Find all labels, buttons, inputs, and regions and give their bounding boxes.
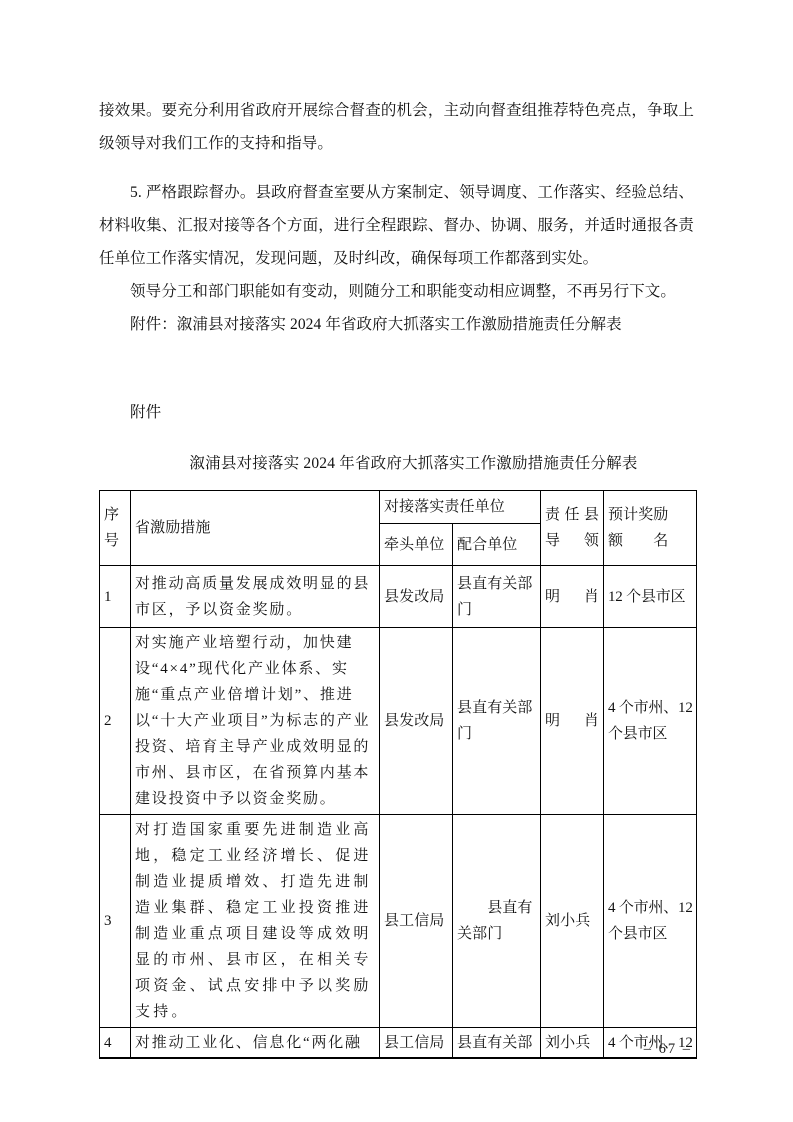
cell-measure: 对推动高质量发展成效明显的县市区，予以资金奖励。: [131, 566, 380, 628]
cell-support-unit: 县直有关部 门: [453, 628, 541, 815]
cell-measure: 对实施产业培塑行动，加快建设“4×4”现代化产业体系、实施“重点产业倍增计划”、…: [131, 628, 380, 815]
document-page: 接效果。要充分利用省政府开展综合督查的机会，主动向督查组推荐特色亮点，争取上级领…: [0, 0, 793, 1122]
cell-seq: 2: [100, 628, 131, 815]
header-support-unit: 配合单位: [453, 524, 541, 566]
table-header-row: 序号 省激励措施 对接落实责任单位 责任县 导 领 预计奖励 额 名: [100, 491, 697, 524]
cell-county-leader: 刘小兵: [541, 815, 604, 1028]
header-measure: 省激励措施: [131, 491, 380, 566]
cell-award-quota: 12 个县市区: [604, 566, 697, 628]
cell-measure: 对打造国家重要先进制造业高地，稳定工业经济增长、促进制造业提质增效、打造先进制造…: [131, 815, 380, 1028]
cell-award-quota: 4 个市州、12 个县市区: [604, 628, 697, 815]
cell-seq: 1: [100, 566, 131, 628]
table-row: 2 对实施产业培塑行动，加快建设“4×4”现代化产业体系、实施“重点产业倍增计划…: [100, 628, 697, 815]
cell-award-quota: 4 个市州、12 个县市区: [604, 815, 697, 1028]
document-body: 接效果。要充分利用省政府开展综合督查的机会，主动向督查组推荐特色亮点，争取上级领…: [99, 0, 694, 1059]
table-row: 3 对打造国家重要先进制造业高地，稳定工业经济增长、促进制造业提质增效、打造先进…: [100, 815, 697, 1028]
table-row: 4 对推动工业化、信息化“两化融 县工信局 县直有关部 刘小兵 4 个市州、12: [100, 1028, 697, 1059]
cell-county-leader: 明 肖: [541, 566, 604, 628]
cell-support-unit: 县直有关部 门: [453, 566, 541, 628]
cell-lead-unit: 县工信局: [380, 815, 453, 1028]
page-number: – 67 –: [644, 1041, 692, 1058]
cell-lead-unit: 县工信局: [380, 1028, 453, 1059]
cell-seq: 4: [100, 1028, 131, 1059]
cell-county-leader: 刘小兵: [541, 1028, 604, 1059]
header-lead-unit: 牵头单位: [380, 524, 453, 566]
cell-measure: 对推动工业化、信息化“两化融: [131, 1028, 380, 1059]
cell-lead-unit: 县发改局: [380, 566, 453, 628]
body-paragraph: 领导分工和部门职能如有变动，则随分工和职能变动相应调整，不再另行下文。: [99, 275, 694, 308]
header-seq: 序号: [100, 491, 131, 566]
responsibility-table: 序号 省激励措施 对接落实责任单位 责任县 导 领 预计奖励 额 名 牵头单位 …: [99, 490, 697, 1059]
cell-seq: 3: [100, 815, 131, 1028]
header-unit-group: 对接落实责任单位: [380, 491, 541, 524]
cell-county-leader: 明 肖: [541, 628, 604, 815]
header-county-leader: 责任县 导 领: [541, 491, 604, 566]
table-row: 1 对推动高质量发展成效明显的县市区，予以资金奖励。 县发改局 县直有关部 门 …: [100, 566, 697, 628]
table-title: 溆浦县对接落实 2024 年省政府大抓落实工作激励措施责任分解表: [99, 447, 694, 480]
attachment-label: 附件: [99, 396, 694, 429]
attachment-reference-line: 附件：溆浦县对接落实 2024 年省政府大抓落实工作激励措施责任分解表: [99, 308, 694, 341]
body-paragraph: 接效果。要充分利用省政府开展综合督查的机会，主动向督查组推荐特色亮点，争取上级领…: [99, 94, 694, 160]
cell-support-unit: 县直有关部: [453, 1028, 541, 1059]
cell-support-unit: 县直有 关部门: [453, 815, 541, 1028]
header-award-quota: 预计奖励 额 名: [604, 491, 697, 566]
body-paragraph: 5. 严格跟踪督办。县政府督查室要从方案制定、领导调度、工作落实、经验总结、材料…: [99, 176, 694, 275]
cell-lead-unit: 县发改局: [380, 628, 453, 815]
